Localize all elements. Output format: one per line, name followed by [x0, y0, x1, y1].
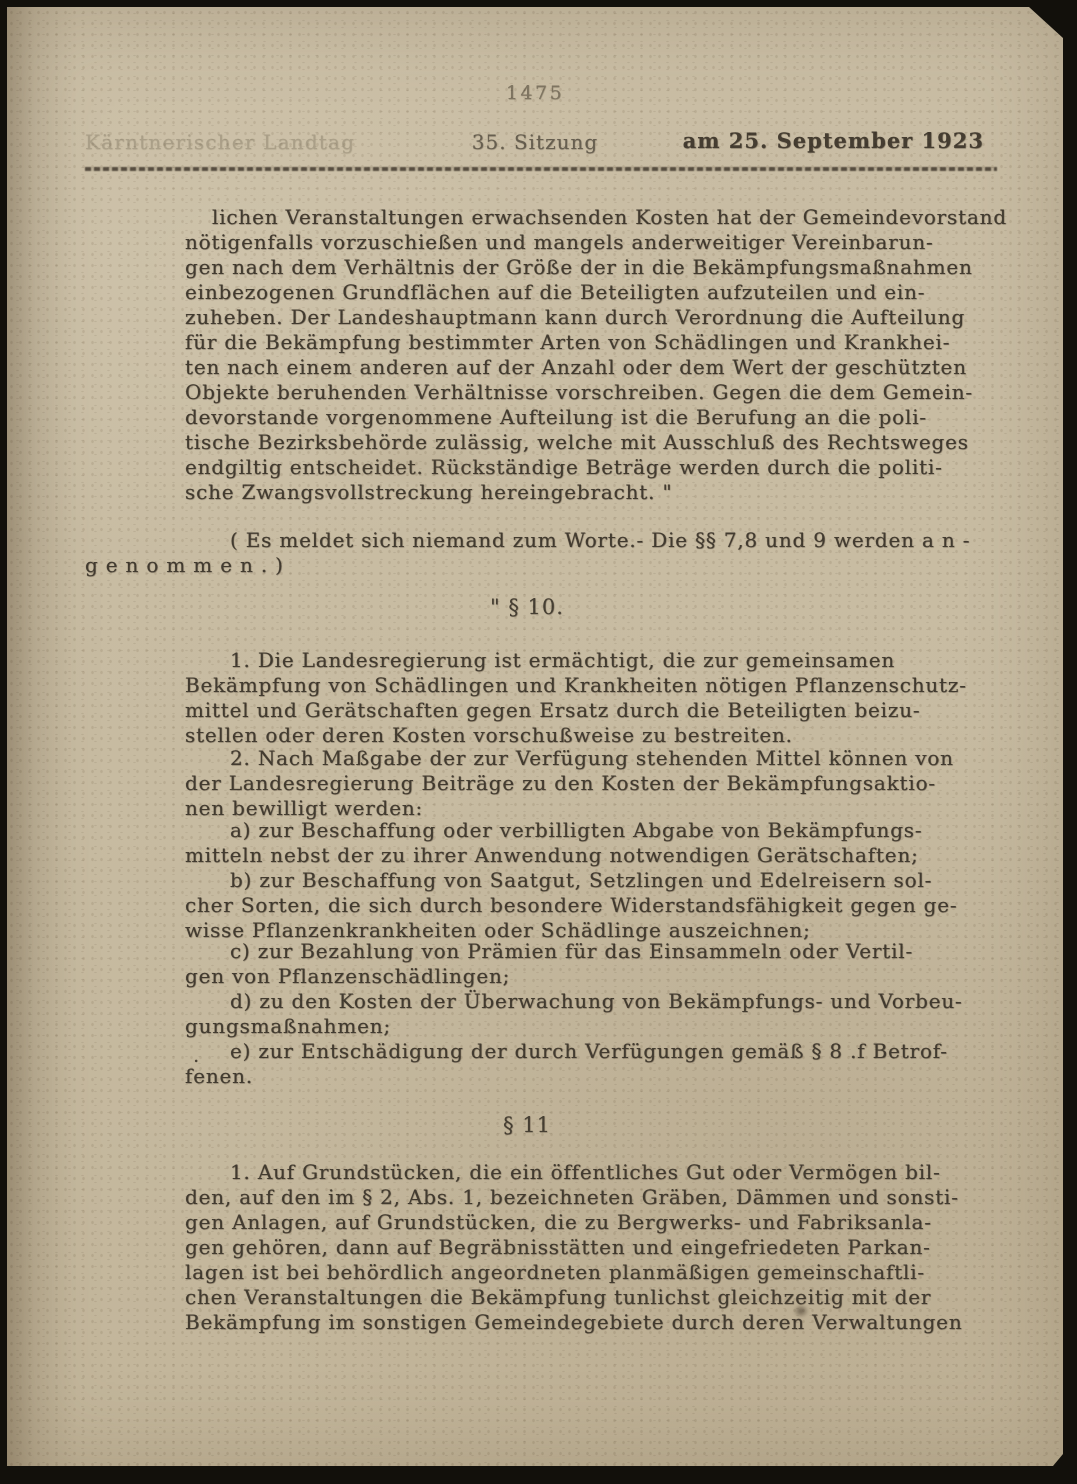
text-line: der Landesregierung Beiträge zu den Kost… [185, 771, 1005, 796]
text-line: mittel und Gerätschaften gegen Ersatz du… [185, 698, 1005, 723]
text-line: für die Bekämpfung bestimmter Arten von … [185, 330, 1005, 355]
text-line: Bekämpfung im sonstigen Gemeindegebiete … [185, 1310, 1015, 1335]
text-line: cher Sorten, die sich durch besondere Wi… [185, 893, 1005, 918]
text-line: nötigenfalls vorzuschießen und mangels a… [185, 230, 1005, 255]
section-10-heading: " § 10. [7, 595, 1047, 619]
text-line: 2. Nach Maßgabe der zur Verfügung stehen… [185, 746, 1005, 771]
section-10-item-c: c) zur Bezahlung von Prämien für das Ein… [185, 939, 1005, 989]
text-line: endgiltig entscheidet. Rückständige Betr… [185, 455, 1005, 480]
text-line: mitteln nebst der zu ihrer Anwendung not… [185, 843, 1005, 868]
text-line: einbezogenen Grundflächen auf die Beteil… [185, 280, 1005, 305]
section-10-item-a: a) zur Beschaffung oder verbilligten Abg… [185, 818, 1005, 868]
text-line: 1. Auf Grundstücken, die ein öffentliche… [185, 1160, 1015, 1185]
header-date: am 25. September 1923 [683, 128, 984, 153]
text-line: devorstande vorgenommene Aufteilung ist … [185, 405, 1005, 430]
text-line: zuheben. Der Landeshauptmann kann durch … [185, 305, 1005, 330]
text-line: gen von Pflanzenschädlingen; [185, 964, 1005, 989]
text-line: gungsmaßnahmen; [185, 1014, 1005, 1039]
text-line: 1. Die Landesregierung ist ermächtigt, d… [185, 648, 1005, 673]
ink-blot-stain [793, 1304, 809, 1318]
procedural-note: ( Es meldet sich niemand zum Worte.- Die… [85, 528, 1005, 578]
text-line: ten nach einem anderen auf der Anzahl od… [185, 355, 1005, 380]
text-line: e) zur Entschädigung der durch Verfügung… [185, 1039, 1005, 1064]
text-line: d) zu den Kosten der Überwachung von Bek… [185, 989, 1005, 1014]
scanned-page: 1475 Kärntnerischer Landtag 35. Sitzung … [7, 7, 1063, 1466]
text-line: ( Es meldet sich niemand zum Worte.- Die… [85, 528, 1005, 553]
text-line: gen gehören, dann auf Begräbnisstätten u… [185, 1235, 1015, 1260]
section-11-heading: § 11 [7, 1113, 1047, 1137]
text-line: g e n o m m e n . ) [85, 553, 1005, 578]
header-divider-rule [85, 167, 997, 171]
text-line: gen nach dem Verhältnis der Größe der in… [185, 255, 1005, 280]
text-line: tische Bezirksbehörde zulässig, welche m… [185, 430, 1005, 455]
text-line: sche Zwangsvollstreckung hereingebracht.… [185, 480, 1005, 505]
text-line: lichen Veranstaltungen erwachsenden Kost… [185, 205, 1005, 230]
text-line: a) zur Beschaffung oder verbilligten Abg… [185, 818, 1005, 843]
section-10-item-e: e) zur Entschädigung der durch Verfügung… [185, 1039, 1005, 1089]
section-10-paragraph-2: 2. Nach Maßgabe der zur Verfügung stehen… [185, 746, 1005, 821]
stray-typewriter-mark: . [193, 1043, 213, 1067]
page-number: 1475 [7, 82, 1063, 104]
section-11-paragraph-1: 1. Auf Grundstücken, die ein öffentliche… [185, 1160, 1015, 1335]
text-line: c) zur Bezahlung von Prämien für das Ein… [185, 939, 1005, 964]
text-line: gen Anlagen, auf Grundstücken, die zu Be… [185, 1210, 1015, 1235]
text-line: Objekte beruhenden Verhältnisse vorschre… [185, 380, 1005, 405]
quoted-statute-paragraph: lichen Veranstaltungen erwachsenden Kost… [185, 205, 1005, 505]
section-10-item-b: b) zur Beschaffung von Saatgut, Setzling… [185, 868, 1005, 943]
text-line: b) zur Beschaffung von Saatgut, Setzling… [185, 868, 1005, 893]
text-line: den, auf den im § 2, Abs. 1, bezeichnete… [185, 1185, 1015, 1210]
text-line: fenen. [185, 1064, 1005, 1089]
text-line: Bekämpfung von Schädlingen und Krankheit… [185, 673, 1005, 698]
text-line: lagen ist bei behördlich angeordneten pl… [185, 1260, 1015, 1285]
text-line: stellen oder deren Kosten vorschußweise … [185, 723, 1005, 748]
text-line: chen Veranstaltungen die Bekämpfung tunl… [185, 1285, 1015, 1310]
section-10-paragraph-1: 1. Die Landesregierung ist ermächtigt, d… [185, 648, 1005, 748]
section-10-item-d: d) zu den Kosten der Überwachung von Bek… [185, 989, 1005, 1039]
